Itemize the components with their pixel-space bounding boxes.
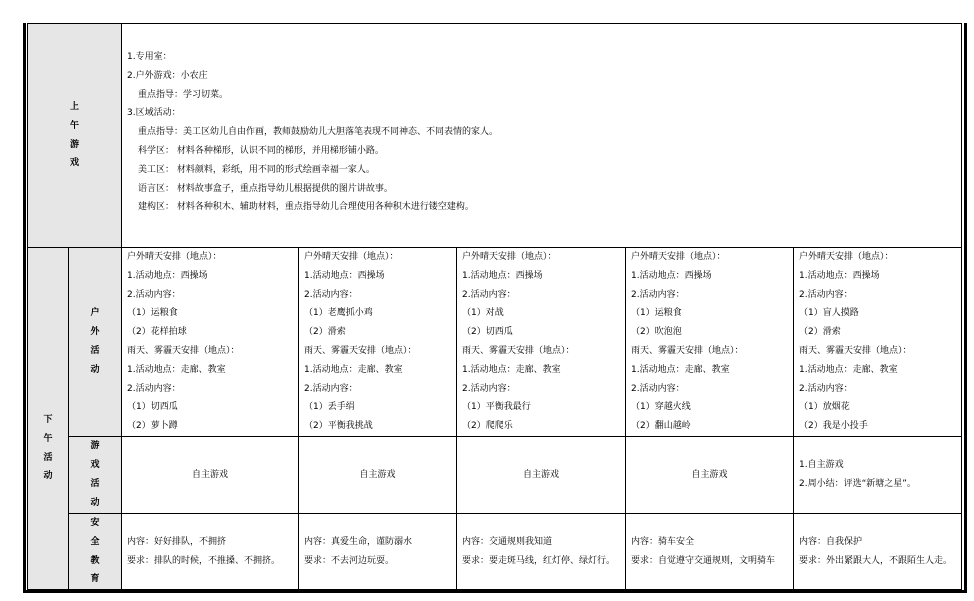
rainy-item: （2）我是小投手 xyxy=(799,417,961,436)
games-row: 游 戏 活 动 自主游戏 自主游戏 自主游戏 自主游戏 1.自主游戏 2.周小结… xyxy=(28,436,962,513)
rainy-place: 1.活动地点：走廊、教室 xyxy=(127,361,298,380)
morning-line: 3.区域活动： xyxy=(127,104,961,123)
sunny-item: （1）老鹰抓小鸡 xyxy=(304,304,456,323)
safety-cell-day1: 内容：好好排队，不拥挤 要求：排队的时候，不推搡、不拥挤。 xyxy=(122,513,299,589)
rainy-item: （1）切西瓜 xyxy=(127,398,298,417)
rainy-title: 雨天、雾霾天安排（地点）： xyxy=(799,342,961,361)
sunny-title: 户外晴天安排（地点）： xyxy=(462,248,625,267)
game-activities-header: 游 戏 活 动 xyxy=(69,436,122,513)
sunny-item: （2）切西瓜 xyxy=(462,323,625,342)
morning-line: 美工区： 材料颜料，彩纸，用不同的形式绘画幸福一家人。 xyxy=(127,161,961,180)
rainy-item: （2）萝卜蹲 xyxy=(127,417,298,436)
header-char: 动 xyxy=(69,494,121,513)
game-cell-day1: 自主游戏 xyxy=(122,436,299,513)
morning-line: 重点指导：学习切菜。 xyxy=(127,86,961,105)
morning-line: 重点指导：美工区幼儿自由作画，教师鼓励幼儿大胆落笔表现不同神态、不同表情的家人。 xyxy=(127,123,961,142)
rainy-content-label: 2.活动内容： xyxy=(304,380,456,399)
morning-line: 语言区： 材料故事盒子，重点指导幼儿根据提供的图片讲故事。 xyxy=(127,180,961,199)
safety-content: 内容：交通规则我知道 xyxy=(462,533,621,552)
outdoor-cell-day5: 户外晴天安排（地点）： 1.活动地点：西操场 2.活动内容： （1）盲人摸路 （… xyxy=(794,248,962,437)
header-char: 游 xyxy=(28,136,121,155)
sunny-item: （2）滑索 xyxy=(799,323,961,342)
safety-cell-day2: 内容：真爱生命，谨防溺水 要求：不去河边玩耍。 xyxy=(299,513,457,589)
rainy-item: （2）平衡我挑战 xyxy=(304,417,456,436)
game-cell-day2: 自主游戏 xyxy=(299,436,457,513)
header-char: 戏 xyxy=(69,456,121,475)
rainy-content-label: 2.活动内容： xyxy=(631,380,793,399)
morning-line: 2.户外游戏：小农庄 xyxy=(127,67,961,86)
header-char: 教 xyxy=(69,552,121,571)
header-char: 活 xyxy=(69,342,121,361)
header-char: 午 xyxy=(28,430,68,449)
safety-row: 安 全 教 育 内容：好好排队，不拥挤 要求：排队的时候，不推搡、不拥挤。 内容… xyxy=(28,513,962,589)
rainy-content-label: 2.活动内容： xyxy=(127,380,298,399)
weekly-plan-table: 上 午 游 戏 1.专用室： 2.户外游戏：小农庄 重点指导：学习切菜。 3.区… xyxy=(27,23,962,590)
outdoor-cell-day1: 户外晴天安排（地点）： 1.活动地点：西操场 2.活动内容： （1）运粮食 （2… xyxy=(122,248,299,437)
sunny-place: 1.活动地点：西操场 xyxy=(462,267,625,286)
outdoor-cell-day4: 户外晴天安排（地点）： 1.活动地点：西操场 2.活动内容： （1）运粮食 （2… xyxy=(626,248,794,437)
border-left xyxy=(23,23,26,593)
sunny-item: （1）运粮食 xyxy=(127,304,298,323)
morning-row: 上 午 游 戏 1.专用室： 2.户外游戏：小农庄 重点指导：学习切菜。 3.区… xyxy=(28,24,962,248)
safety-cell-day3: 内容：交通规则我知道 要求：要走斑马线，红灯停、绿灯行。 xyxy=(457,513,626,589)
safety-requirement: 要求：要走斑马线，红灯停、绿灯行。 xyxy=(462,552,621,571)
safety-content: 内容：好好排队，不拥挤 xyxy=(127,533,294,552)
rainy-place: 1.活动地点：走廊、教室 xyxy=(799,361,961,380)
morning-line: 建构区： 材料各种积木、辅助材料，重点指导幼儿合理使用各种积木进行镂空建构。 xyxy=(127,198,961,217)
header-char: 动 xyxy=(69,361,121,380)
header-char: 育 xyxy=(69,570,121,589)
safety-requirement: 要求：不去河边玩耍。 xyxy=(304,552,452,571)
sunny-place: 1.活动地点：西操场 xyxy=(127,267,298,286)
sunny-item: （2）花样拍球 xyxy=(127,323,298,342)
sunny-item: （2）吹泡泡 xyxy=(631,323,793,342)
header-char: 户 xyxy=(69,304,121,323)
safety-requirement: 要求：自觉遵守交通规则，文明骑车 xyxy=(631,552,789,571)
sunny-item: （2）滑索 xyxy=(304,323,456,342)
sunny-title: 户外晴天安排（地点）： xyxy=(127,248,298,267)
safety-cell-day4: 内容：骑车安全 要求：自觉遵守交通规则，文明骑车 xyxy=(626,513,794,589)
rainy-title: 雨天、雾霾天安排（地点）： xyxy=(304,342,456,361)
safety-content: 内容：自我保护 xyxy=(799,533,957,552)
game-cell-day5: 1.自主游戏 2.周小结：评选“新塘之星”。 xyxy=(794,436,962,513)
header-char: 活 xyxy=(69,475,121,494)
sunny-content-label: 2.活动内容： xyxy=(127,286,298,305)
game-line: 2.周小结：评选“新塘之星”。 xyxy=(799,475,961,494)
sunny-title: 户外晴天安排（地点）： xyxy=(631,248,793,267)
sunny-place: 1.活动地点：西操场 xyxy=(631,267,793,286)
rainy-item: （2）爬爬乐 xyxy=(462,417,625,436)
header-char: 活 xyxy=(28,449,68,468)
rainy-item: （1）平衡我最行 xyxy=(462,398,625,417)
sunny-place: 1.活动地点：西操场 xyxy=(304,267,456,286)
safety-requirement: 要求：排队的时候，不推搡、不拥挤。 xyxy=(127,552,294,571)
border-bottom xyxy=(23,590,967,593)
sunny-content-label: 2.活动内容： xyxy=(462,286,625,305)
safety-content: 内容：骑车安全 xyxy=(631,533,789,552)
safety-content: 内容：真爱生命，谨防溺水 xyxy=(304,533,452,552)
safety-cell-day5: 内容：自我保护 要求：外出紧跟大人，不跟陌生人走。 xyxy=(794,513,962,589)
morning-games-header: 上 午 游 戏 xyxy=(28,24,122,248)
header-char: 上 xyxy=(28,98,121,117)
outdoor-cell-day3: 户外晴天安排（地点）： 1.活动地点：西操场 2.活动内容： （1）对战 （2）… xyxy=(457,248,626,437)
rainy-item: （2）翻山越岭 xyxy=(631,417,793,436)
rainy-place: 1.活动地点：走廊、教室 xyxy=(631,361,793,380)
afternoon-activities-header: 下 午 活 动 xyxy=(28,248,69,590)
rainy-content-label: 2.活动内容： xyxy=(799,380,961,399)
safety-education-header: 安 全 教 育 xyxy=(69,513,122,589)
game-cell-day4: 自主游戏 xyxy=(626,436,794,513)
outdoor-activities-header: 户 外 活 动 xyxy=(69,248,122,437)
game-cell-day3: 自主游戏 xyxy=(457,436,626,513)
sunny-content-label: 2.活动内容： xyxy=(631,286,793,305)
sunny-content-label: 2.活动内容： xyxy=(304,286,456,305)
sunny-place: 1.活动地点：西操场 xyxy=(799,267,961,286)
morning-line: 1.专用室： xyxy=(127,48,961,67)
header-char: 全 xyxy=(69,533,121,552)
rainy-item: （1）放烟花 xyxy=(799,398,961,417)
sunny-content-label: 2.活动内容： xyxy=(799,286,961,305)
safety-requirement: 要求：外出紧跟大人，不跟陌生人走。 xyxy=(799,552,957,571)
morning-line: 科学区： 材料各种梯形，认识不同的梯形，并用梯形铺小路。 xyxy=(127,142,961,161)
sunny-item: （1）对战 xyxy=(462,304,625,323)
sunny-item: （1）盲人摸路 xyxy=(799,304,961,323)
outdoor-row: 下 午 活 动 户 外 活 动 户外晴天安排（地点）： 1.活动地点：西操场 2… xyxy=(28,248,962,437)
header-char: 外 xyxy=(69,323,121,342)
sunny-title: 户外晴天安排（地点）： xyxy=(304,248,456,267)
sunny-item: （1）运粮食 xyxy=(631,304,793,323)
game-line: 1.自主游戏 xyxy=(799,456,961,475)
border-right xyxy=(964,23,967,593)
rainy-place: 1.活动地点：走廊、教室 xyxy=(462,361,625,380)
rainy-title: 雨天、雾霾天安排（地点）： xyxy=(462,342,625,361)
header-char: 戏 xyxy=(28,154,121,173)
sunny-title: 户外晴天安排（地点）： xyxy=(799,248,961,267)
header-char: 下 xyxy=(28,411,68,430)
schedule-frame: 上 午 游 戏 1.专用室： 2.户外游戏：小农庄 重点指导：学习切菜。 3.区… xyxy=(23,23,967,593)
header-char: 动 xyxy=(28,467,68,486)
rainy-title: 雨天、雾霾天安排（地点）： xyxy=(631,342,793,361)
morning-games-content: 1.专用室： 2.户外游戏：小农庄 重点指导：学习切菜。 3.区域活动： 重点指… xyxy=(122,24,962,248)
rainy-content-label: 2.活动内容： xyxy=(462,380,625,399)
rainy-title: 雨天、雾霾天安排（地点）： xyxy=(127,342,298,361)
header-char: 安 xyxy=(69,514,121,533)
header-char: 午 xyxy=(28,117,121,136)
rainy-item: （1）穿越火线 xyxy=(631,398,793,417)
rainy-item: （1）丢手绢 xyxy=(304,398,456,417)
header-char: 游 xyxy=(69,437,121,456)
rainy-place: 1.活动地点：走廊、教室 xyxy=(304,361,456,380)
outdoor-cell-day2: 户外晴天安排（地点）： 1.活动地点：西操场 2.活动内容： （1）老鹰抓小鸡 … xyxy=(299,248,457,437)
